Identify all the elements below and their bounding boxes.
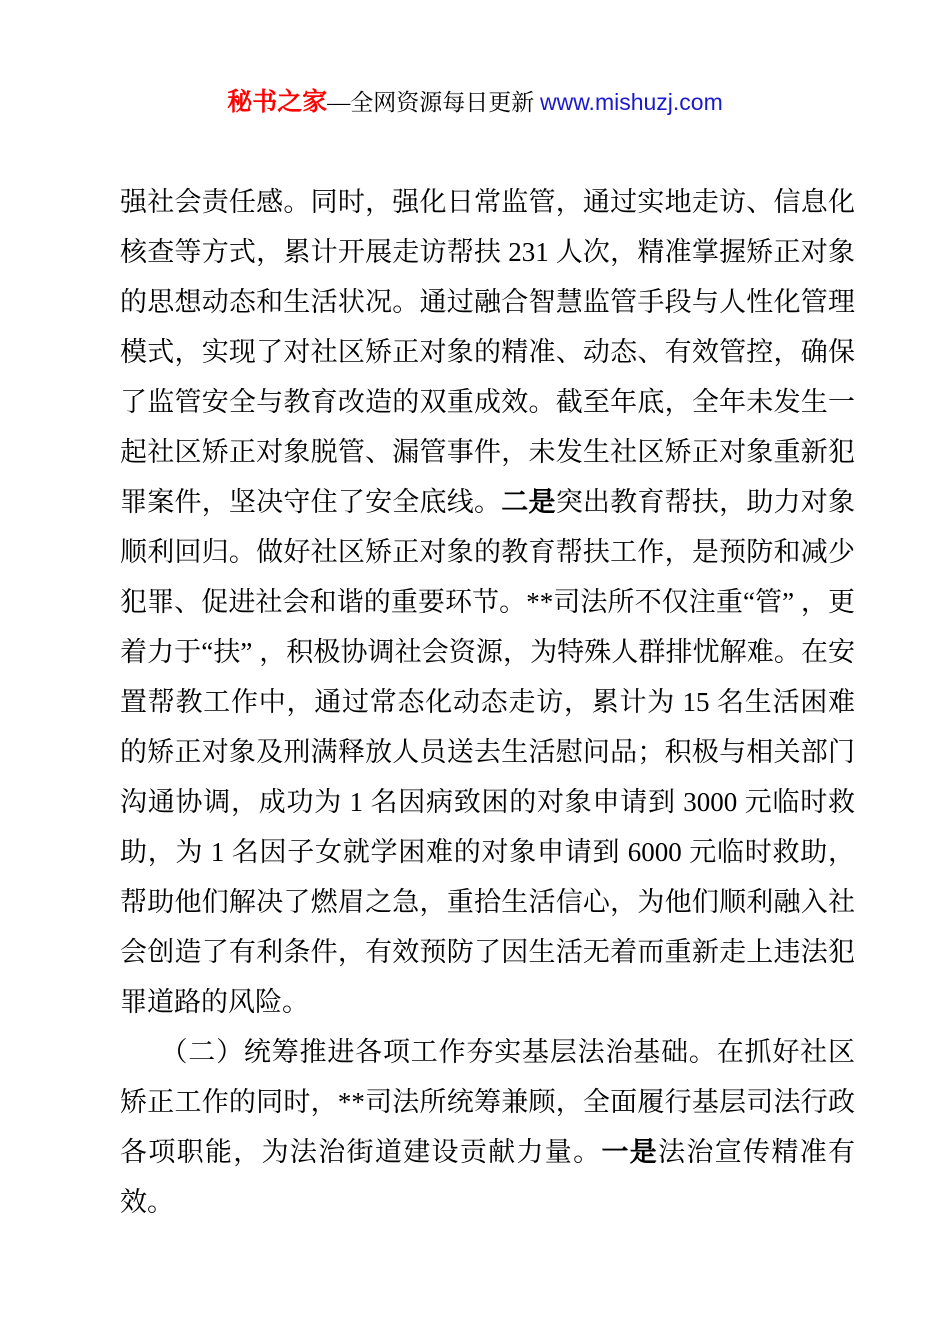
bold-text-run: 一是 [601, 1137, 658, 1167]
text-run: 突出教育帮扶，助力对象顺利回归。做好社区矫正对象的教育帮扶工作，是预防和减少犯罪… [120, 487, 855, 1017]
document-body: 强社会责任感。同时，强化日常监管，通过实地走访、信息化核查等方式，累计开展走访帮… [120, 177, 855, 1227]
page-header: 秘书之家—全网资源每日更新 www.mishuzj.com [0, 0, 950, 119]
paragraph-1: 强社会责任感。同时，强化日常监管，通过实地走访、信息化核查等方式，累计开展走访帮… [120, 177, 855, 1027]
site-brand: 秘书之家 [227, 88, 327, 116]
site-tagline: —全网资源每日更新 [327, 90, 540, 115]
document-page: 秘书之家—全网资源每日更新 www.mishuzj.com 强社会责任感。同时，… [0, 0, 950, 1344]
paragraph-2: （二）统筹推进各项工作夯实基层法治基础。在抓好社区矫正工作的同时，**司法所统筹… [120, 1027, 855, 1227]
bold-text-run: 二是 [501, 487, 555, 517]
text-run: 强社会责任感。同时，强化日常监管，通过实地走访、信息化核查等方式，累计开展走访帮… [120, 187, 855, 517]
site-url[interactable]: www.mishuzj.com [540, 89, 723, 115]
